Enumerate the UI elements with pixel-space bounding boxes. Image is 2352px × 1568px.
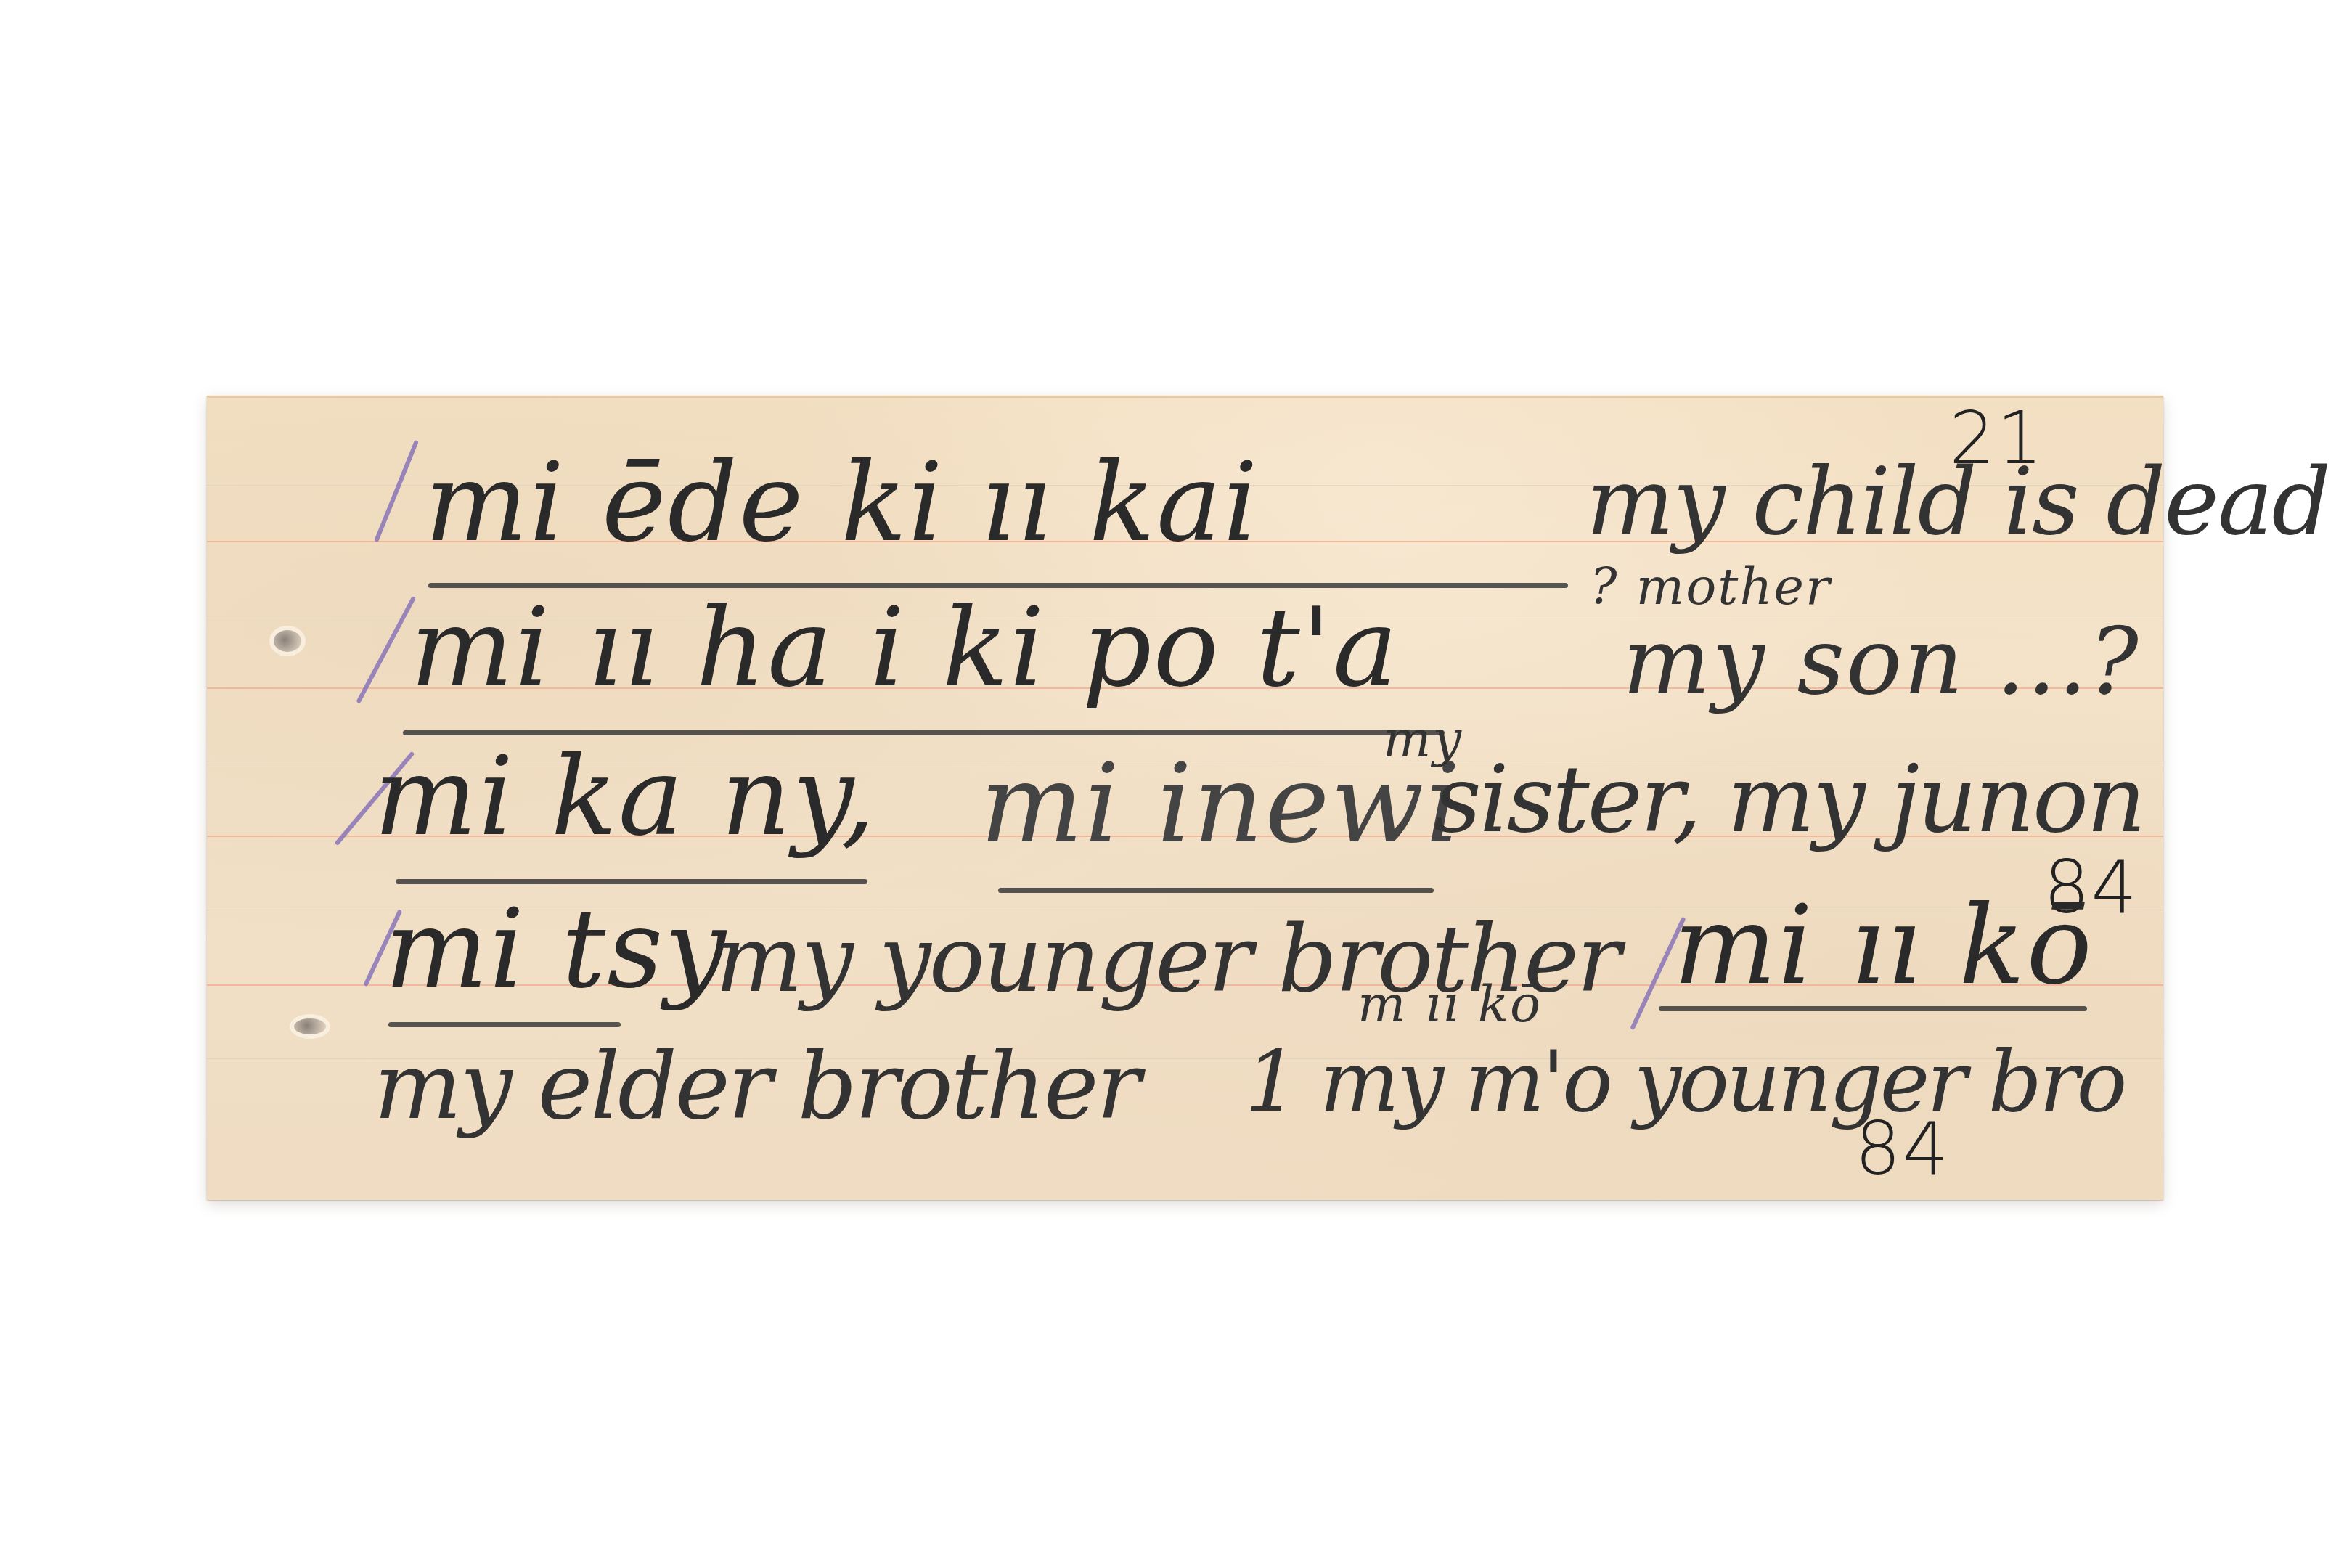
index-card: mi ēde ki ıı kai my child is dead 21 ? m… [207, 396, 2163, 1200]
gloss-2: my son ...? [1622, 616, 2140, 709]
gloss-5b: 1 my m'o younger bro [1245, 1040, 2124, 1124]
native-phrase-1: mi ēde ki ıı kai [425, 449, 1259, 558]
page-number: 21 [1949, 402, 2044, 475]
native-phrase-2: mi ıı ha i ki po t'a [410, 594, 1399, 703]
underline [396, 879, 867, 884]
native-phrase-3a: mi ka ny, [374, 743, 877, 852]
gloss-3: sister, my junon [1434, 754, 2144, 846]
underline [388, 1022, 621, 1027]
native-phrase-4b: mi ıı kō [1673, 891, 2094, 1000]
gloss-5a: my elder brother [374, 1040, 1139, 1133]
native-phrase-4a: mi tsy [385, 895, 727, 1004]
punch-hole [294, 1018, 326, 1034]
pencil-check-mark [374, 440, 419, 542]
annotation-m-ko: m ıı kō [1357, 979, 1542, 1029]
underline [1659, 1006, 2087, 1011]
underline [998, 888, 1434, 893]
annotation-mother: ? mother [1590, 561, 1831, 612]
punch-hole [274, 630, 301, 652]
annotation-84-bottom: 84 [1855, 1113, 1950, 1185]
